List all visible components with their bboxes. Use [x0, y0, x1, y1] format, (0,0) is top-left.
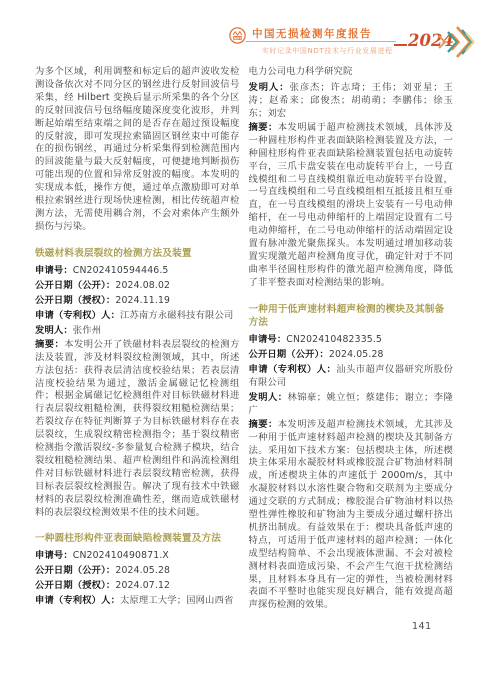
field-value: 2024.07.12 [115, 580, 170, 591]
field-label: 摘要： [35, 339, 64, 350]
patent-title-ferromagnetic-crack: 铁磁材料表层裂纹的检测方法及装置 [35, 247, 240, 260]
field-label: 发明人： [249, 392, 288, 403]
field-value: 本发明公开了铁磁材料表层裂纹的检测方法及装置，涉及材料裂纹检测领域，其中，所述方… [35, 339, 240, 518]
field-label: 发明人： [249, 82, 290, 93]
field-application-number: 申请号：CN202410594446.5 [35, 264, 240, 277]
page-number: 141 [412, 621, 432, 632]
field-label: 申请（专利权）人： [249, 364, 337, 375]
field-value: 江苏南方永磁科技有限公司 [120, 310, 233, 321]
field-label: 发明人： [35, 325, 73, 336]
field-label: 摘要： [249, 419, 278, 430]
field-inventors: 发明人：张彦杰；许志琦；王伟；刘亚星；王涛；赵希来；邱俊杰；胡萌萌；李鹏伟；徐玉… [249, 81, 454, 120]
applicant-continuation: 电力公司电力科学研究院 [249, 66, 454, 79]
field-label: 申请号： [35, 550, 73, 561]
field-value: 本发明涉及超声检测技术领域，尤其涉及一种用于低声速材料超声检测的楔块及其制备方法… [249, 419, 454, 611]
field-publication-date: 公开日期（公开）：2024.05.28 [35, 564, 240, 577]
field-label: 公开日期（授权）： [35, 580, 115, 591]
report-page: NDT 中国无损检测年度报告 实时记录中国NDT技术与行业发展进程 2024 为… [0, 0, 480, 673]
field-applicant: 申请（专利权）人：江苏南方永磁科技有限公司 [35, 309, 240, 322]
field-publication-date: 公开日期（公开）：2024.08.02 [35, 279, 240, 292]
field-value: CN202410594446.5 [73, 265, 169, 276]
field-label: 公开日期（授权）： [35, 295, 115, 306]
field-grant-date: 公开日期（授权）：2024.07.12 [35, 579, 240, 592]
right-column: 电力公司电力科学研究院 发明人：张彦杰；许志琦；王伟；刘亚星；王涛；赵希来；邱俊… [249, 66, 454, 612]
continuation-paragraph: 为多个区域，利用调整和标定后的超声波收发检测设备依次对不同分区的钢丝进行反射回波… [35, 66, 240, 234]
field-value: 太原理工大学；国网山西省 [120, 595, 233, 606]
field-application-number: 申请号：CN202410482335.5 [249, 333, 454, 346]
field-label: 申请号： [35, 265, 73, 276]
field-abstract: 摘要：本发明公开了铁磁材料表层裂纹的检测方法及装置，涉及材料裂纹检测领域，其中，… [35, 339, 240, 520]
field-label: 公开日期（公开）： [249, 349, 329, 360]
field-application-number: 申请号：CN202410490871.X [35, 549, 240, 562]
field-value: 2024.11.19 [115, 295, 170, 306]
patent-title-low-velocity-wedge: 一种用于低声速材料超声检测的楔块及其制备方法 [249, 303, 454, 329]
year-dash [394, 44, 407, 46]
field-value: 本发明属于超声检测技术领域，具体涉及一种圆柱形构件亚表面缺陷检测装置及方法，一种… [249, 122, 454, 288]
field-applicant: 申请（专利权）人：太原理工大学；国网山西省 [35, 594, 240, 607]
field-value: 张作州 [73, 325, 101, 336]
field-label: 公开日期（公开）： [35, 565, 115, 576]
field-publication-date: 公开日期（公开）：2024.05.28 [249, 348, 454, 361]
svg-text:NDT: NDT [234, 36, 242, 40]
report-subtitle: 实时记录中国NDT技术与行业发展进程 [262, 45, 393, 55]
header-rule [246, 41, 396, 42]
ndt-logo-icon: NDT [229, 27, 246, 44]
field-label: 公开日期（公开）： [35, 280, 115, 291]
two-column-body: 为多个区域，利用调整和标定后的超声波收发检测设备依次对不同分区的钢丝进行反射回波… [35, 66, 453, 612]
field-inventors: 发明人：张作州 [35, 324, 240, 337]
left-column: 为多个区域，利用调整和标定后的超声波收发检测设备依次对不同分区的钢丝进行反射回波… [35, 66, 240, 612]
field-inventors: 发明人：林锦豪；姚立恒；蔡建伟；谢立；李隆广 [249, 391, 454, 417]
field-grant-date: 公开日期（授权）：2024.11.19 [35, 294, 240, 307]
field-abstract: 摘要：本发明涉及超声检测技术领域，尤其涉及一种用于低声速材料超声检测的楔块及其制… [249, 419, 454, 613]
field-value: 2024.05.28 [329, 349, 384, 360]
field-applicant: 申请（专利权）人：汕头市超声仪器研究所股份有限公司 [249, 363, 454, 389]
field-value: CN202410482335.5 [286, 334, 382, 345]
chevron-arrows-icon [437, 23, 475, 65]
field-label: 摘要： [249, 122, 278, 133]
field-label: 申请号： [249, 334, 287, 345]
field-value: 2024.08.02 [115, 280, 170, 291]
field-value: CN202410490871.X [73, 550, 169, 561]
field-label: 申请（专利权）人： [35, 595, 120, 606]
field-value: 2024.05.28 [115, 565, 170, 576]
patent-title-cylindrical-subsurface: 一种圆柱形构件亚表面缺陷检测装置及方法 [35, 532, 240, 545]
report-title: 中国无损检测年度报告 [252, 26, 372, 41]
field-abstract: 摘要：本发明属于超声检测技术领域，具体涉及一种圆柱形构件亚表面缺陷检测装置及方法… [249, 122, 454, 290]
field-label: 申请（专利权）人： [35, 310, 120, 321]
